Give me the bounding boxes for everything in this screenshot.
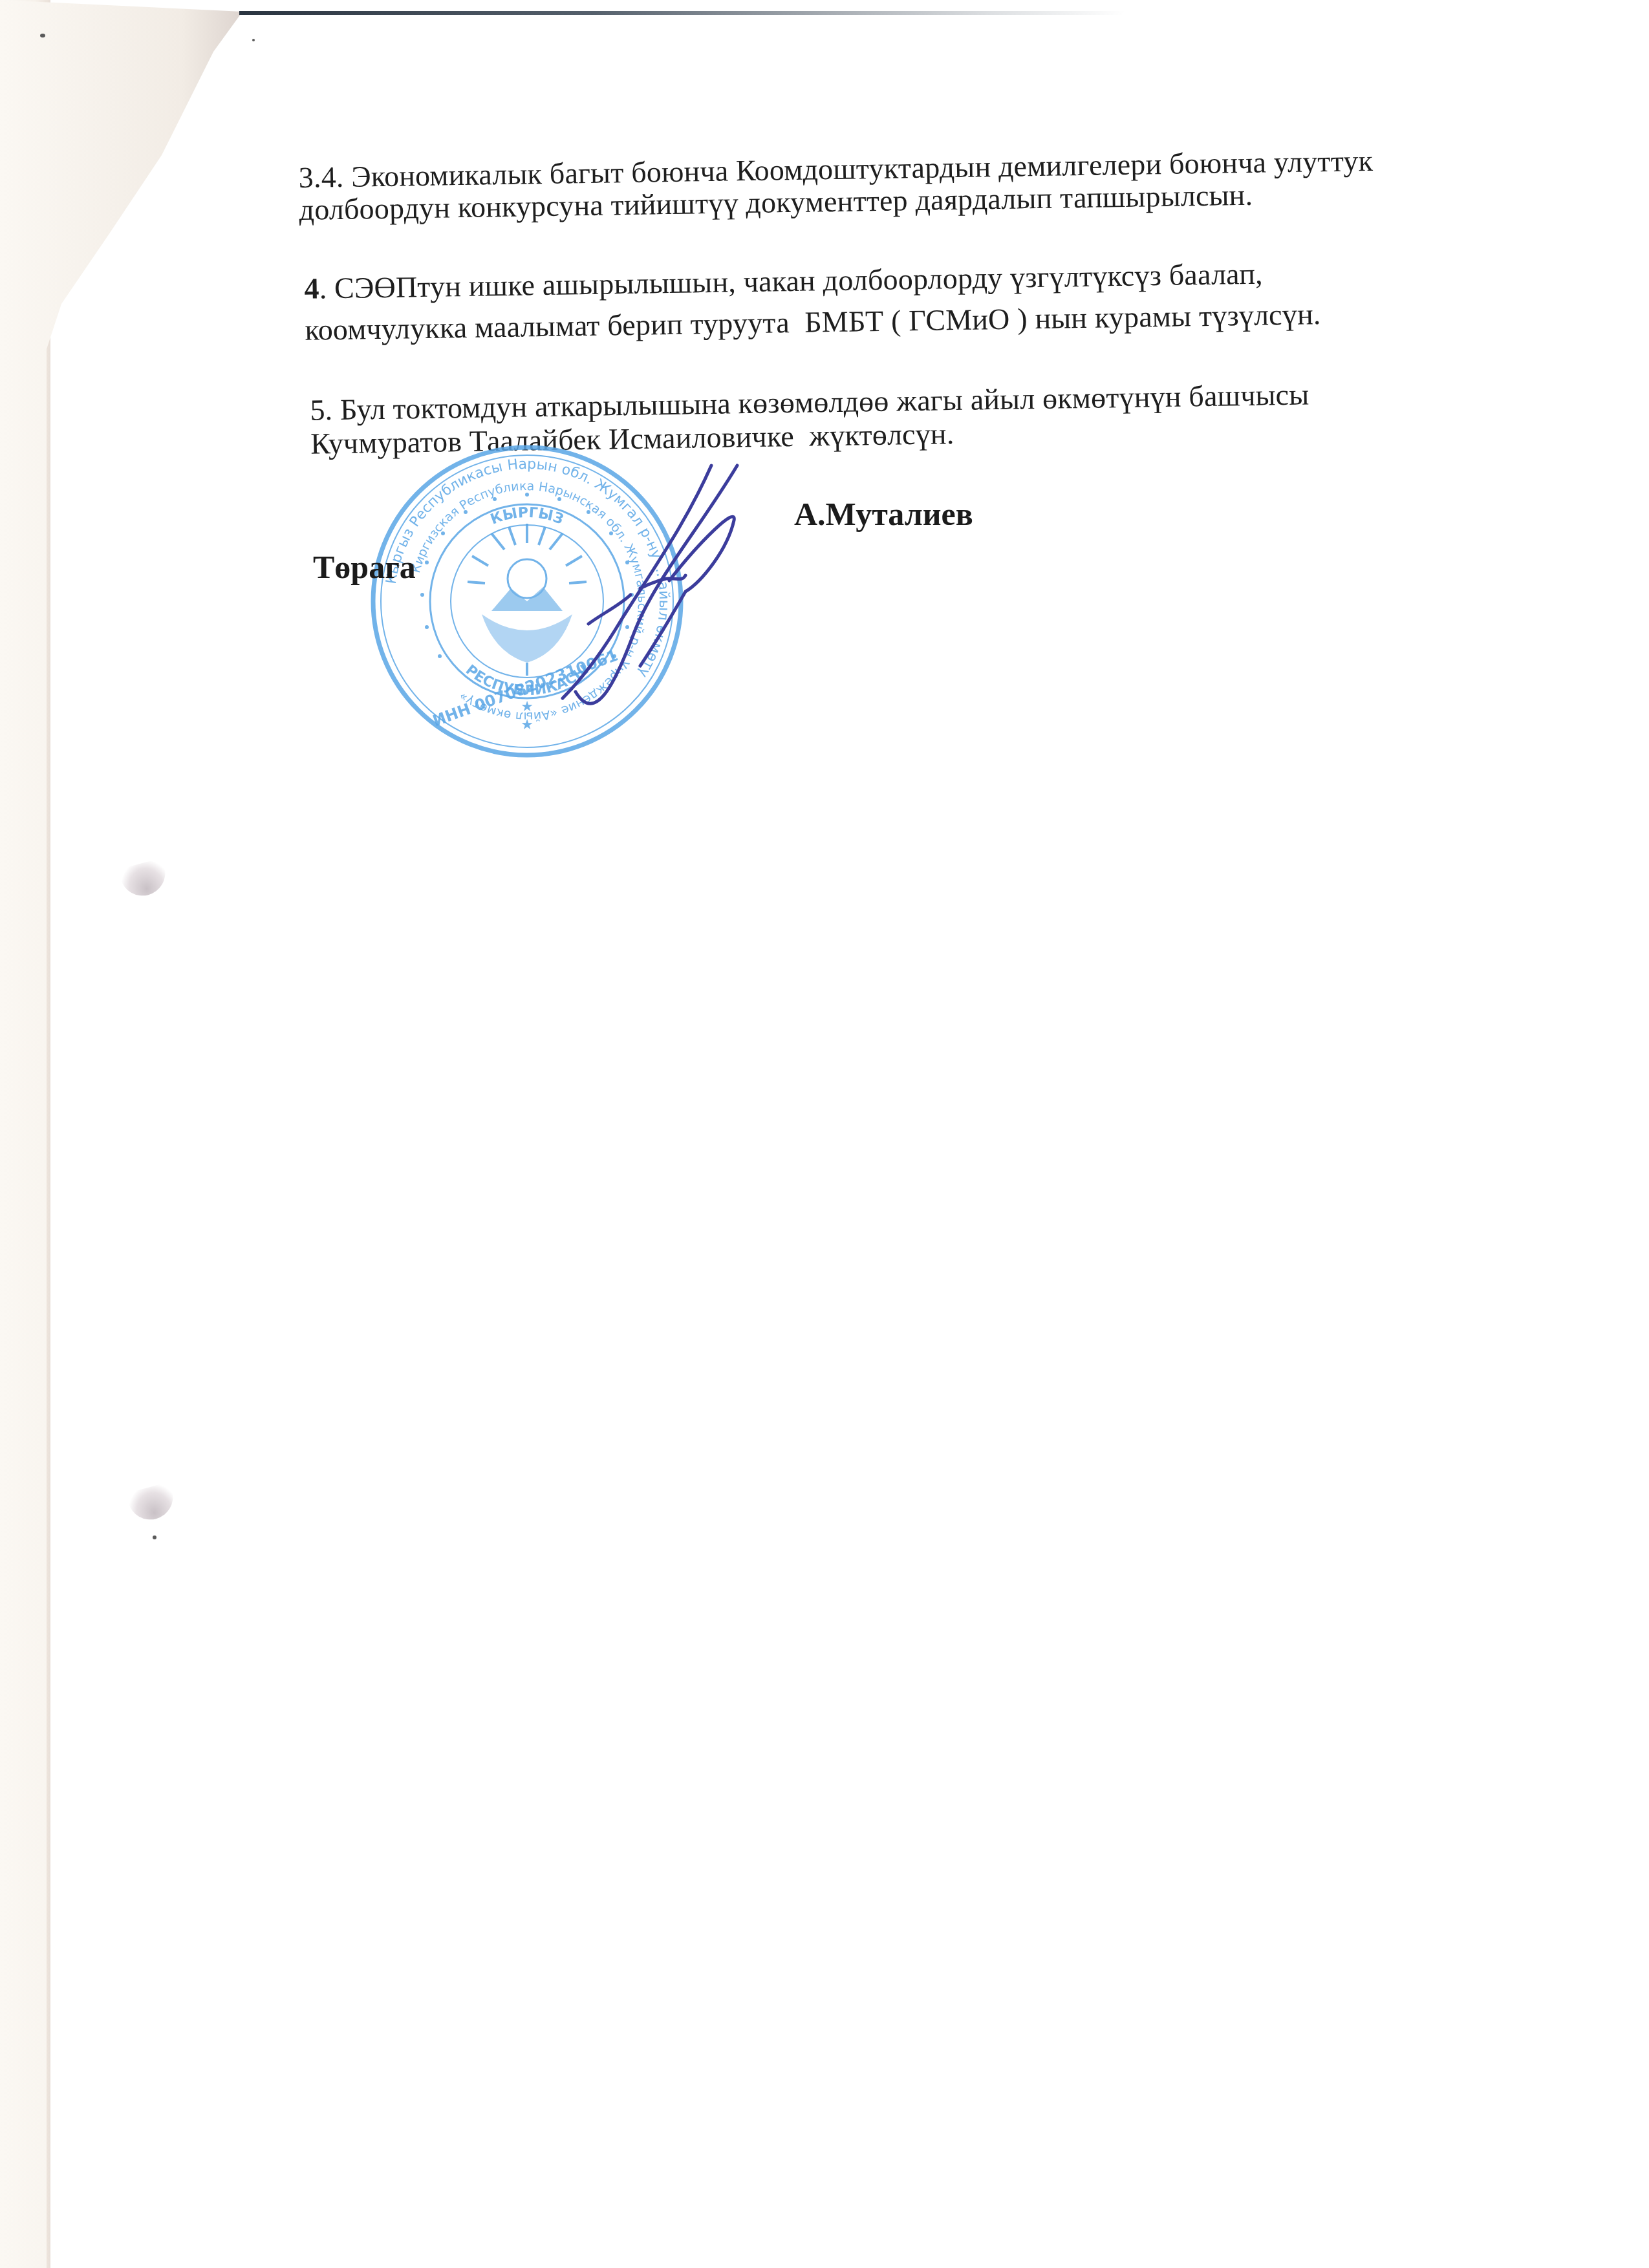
paragraph-4-line-1: 4. СЭӨПтун ишке ашырылышын, чакан долбоо… — [304, 259, 1263, 304]
emblem-icon — [468, 524, 587, 676]
paragraph-5-line-1: 5. Бул токтомдун аткарылышына көзөмөлдөө… — [310, 380, 1309, 425]
paragraph-4-text: . СЭӨПтун ишке ашырылышын, чакан долбоор… — [319, 257, 1263, 305]
star-icon: ★ — [521, 698, 533, 714]
document-body: 3.4. Экономикалык багыт боюнча Коомдошту… — [0, 0, 1649, 780]
scan-speck — [153, 1535, 156, 1539]
official-stamp: Кыргыз Республикасы Нарын обл. Жумгал р-… — [365, 440, 689, 763]
paragraph-4-number: 4 — [304, 272, 319, 305]
signatory-name: А.Муталиев — [794, 495, 973, 533]
signatory-title: Төрага — [313, 548, 416, 586]
star-icon: ★ — [521, 716, 533, 733]
paragraph-4-line-2: коомчулукка маалымат берип туруута БМБТ … — [305, 299, 1321, 345]
hole-punch-mark — [118, 858, 171, 901]
hole-punch-mark — [126, 1482, 178, 1524]
